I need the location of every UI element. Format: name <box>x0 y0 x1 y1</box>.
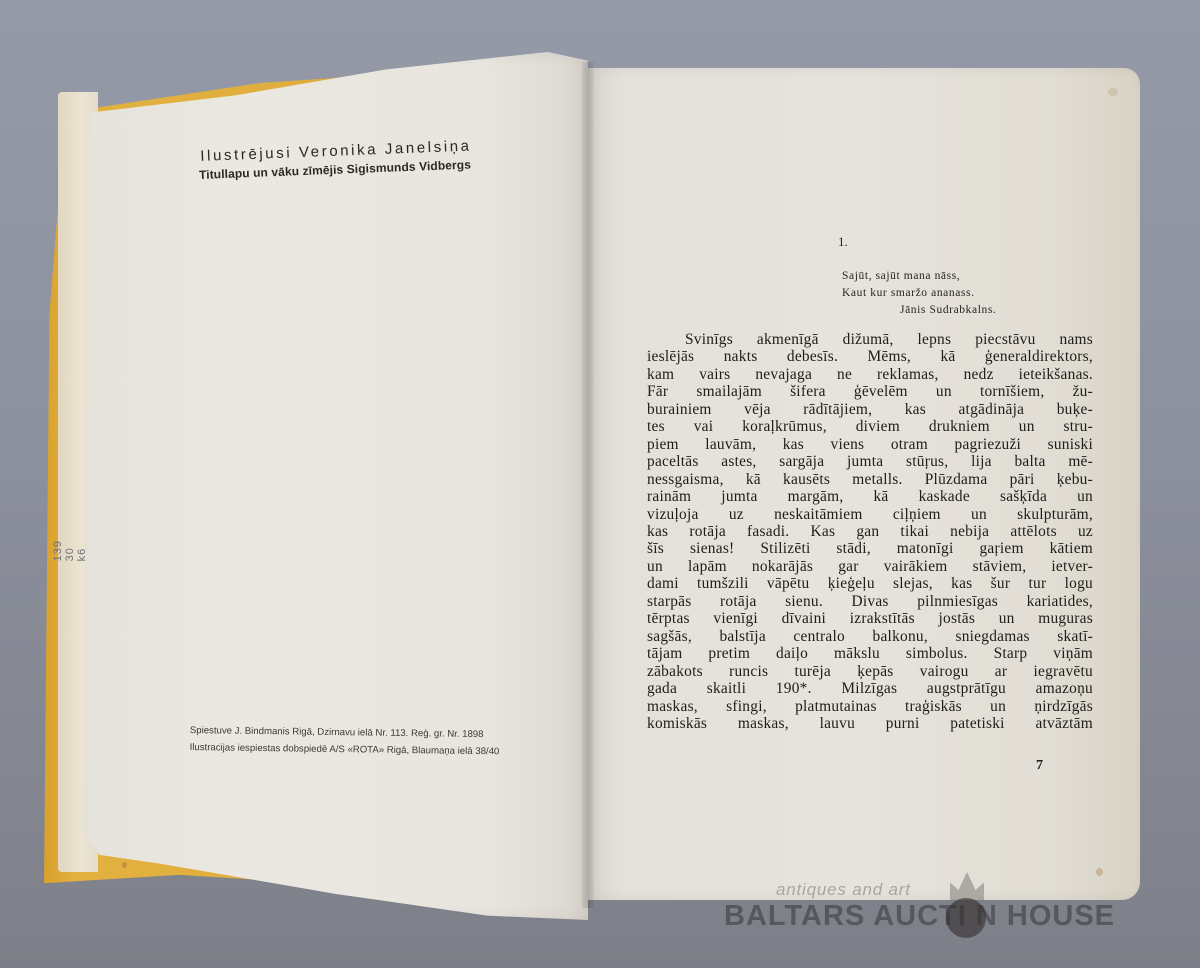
watermark-subtitle: antiques and art <box>776 880 911 900</box>
page-number: 7 <box>1036 758 1043 774</box>
pencil-mark: 139 <box>52 540 64 561</box>
text-line: kam vairs nevajaga ne reklamas, nedz iet… <box>647 366 1093 383</box>
text-line: komiskās maskas, lauvu purni patetiski a… <box>647 715 1093 732</box>
text-line: gada skaitli 190*. Milzīgas augstprātīgu… <box>647 680 1093 697</box>
text-line: piem lauvām, kas viens otram pagriezuži … <box>647 436 1093 453</box>
epigraph-line: Kaut kur smaržo ananass. <box>842 285 996 302</box>
logo-circle-icon <box>946 898 986 938</box>
text-line: tērptas vienīgi dīvaini izrakstītās jost… <box>647 610 1093 627</box>
text-line: rainām jumta margām, kā kaskade sašķīda … <box>647 488 1093 505</box>
text-line: maskas, sfingi, platmutainas traģiskās u… <box>647 698 1093 715</box>
text-line: tes vai koraļkrūmus, diviem drukniem un … <box>647 418 1093 435</box>
paper-stain <box>1096 868 1103 876</box>
text-line: zābakots runcis turēja ķepās vairogu ar … <box>647 663 1093 680</box>
paper-stain <box>122 862 127 868</box>
printer-info: Spiestuve J. Bindmanis Rigā, Dzirnavu ie… <box>190 722 530 761</box>
text-line: un lapām nokarājās gar vairākiem stāviem… <box>647 558 1093 575</box>
text-line: nessgaisma, kā kausēts metalls. Plūzdama… <box>647 471 1093 488</box>
text-line: Svinīgs akmenīgā dižumā, lepns piecstāvu… <box>647 331 1093 348</box>
epigraph: Sajūt, sajūt mana nāss, Kaut kur smaržo … <box>842 268 996 319</box>
pencil-mark: k6 <box>76 540 88 561</box>
epigraph-author: Jānis Sudrabkalns. <box>842 302 996 319</box>
text-line: dami tumšzili vāpētu ķieģeļu slejas, kas… <box>647 575 1093 592</box>
text-line: starpās rotāja sienu. Divas pilnmiesīgas… <box>647 593 1093 610</box>
text-line: šīs sienas! Stilizēti stādi, matonīgi ga… <box>647 540 1093 557</box>
text-line: sagšās, balstīja centralo balkonu, snieg… <box>647 628 1093 645</box>
epigraph-line: Sajūt, sajūt mana nāss, <box>842 268 996 285</box>
watermark: antiques and art BALTARS AUCTI N HOUSE <box>720 878 1140 948</box>
paper-stain <box>1108 88 1118 96</box>
text-line: kas rotāja fasadi. Kas gan tikai nebija … <box>647 523 1093 540</box>
body-text: Svinīgs akmenīgā dižumā, lepns piecstāvu… <box>647 331 1093 732</box>
text-line: ieslējās nakts debesīs. Mēms, kā ģeneral… <box>647 348 1093 365</box>
book-photo: Ilustrējusi Veronika Janelsiņa Titullapu… <box>0 0 1200 968</box>
spine-gutter <box>582 62 594 908</box>
left-page <box>84 52 588 920</box>
text-line: vizuļoja uz neskaitāmiem ciļņiem un skul… <box>647 506 1093 523</box>
text-line: tājam pretim daiļo mākslu simbolus. Star… <box>647 645 1093 662</box>
text-line: Fār smailajām šifera ģēvelēm un tornīšie… <box>647 383 1093 400</box>
chapter-number: 1. <box>838 234 848 250</box>
watermark-title: BALTARS AUCTI N HOUSE <box>724 900 1115 933</box>
pencil-marks: 139 30 k6 <box>52 500 88 561</box>
text-line: paceltās astes, sargāja jumta stūŗus, li… <box>647 453 1093 470</box>
text-line: burainiem vēja rādītājiem, kas atgādināj… <box>647 401 1093 418</box>
pencil-mark: 30 <box>64 540 76 561</box>
